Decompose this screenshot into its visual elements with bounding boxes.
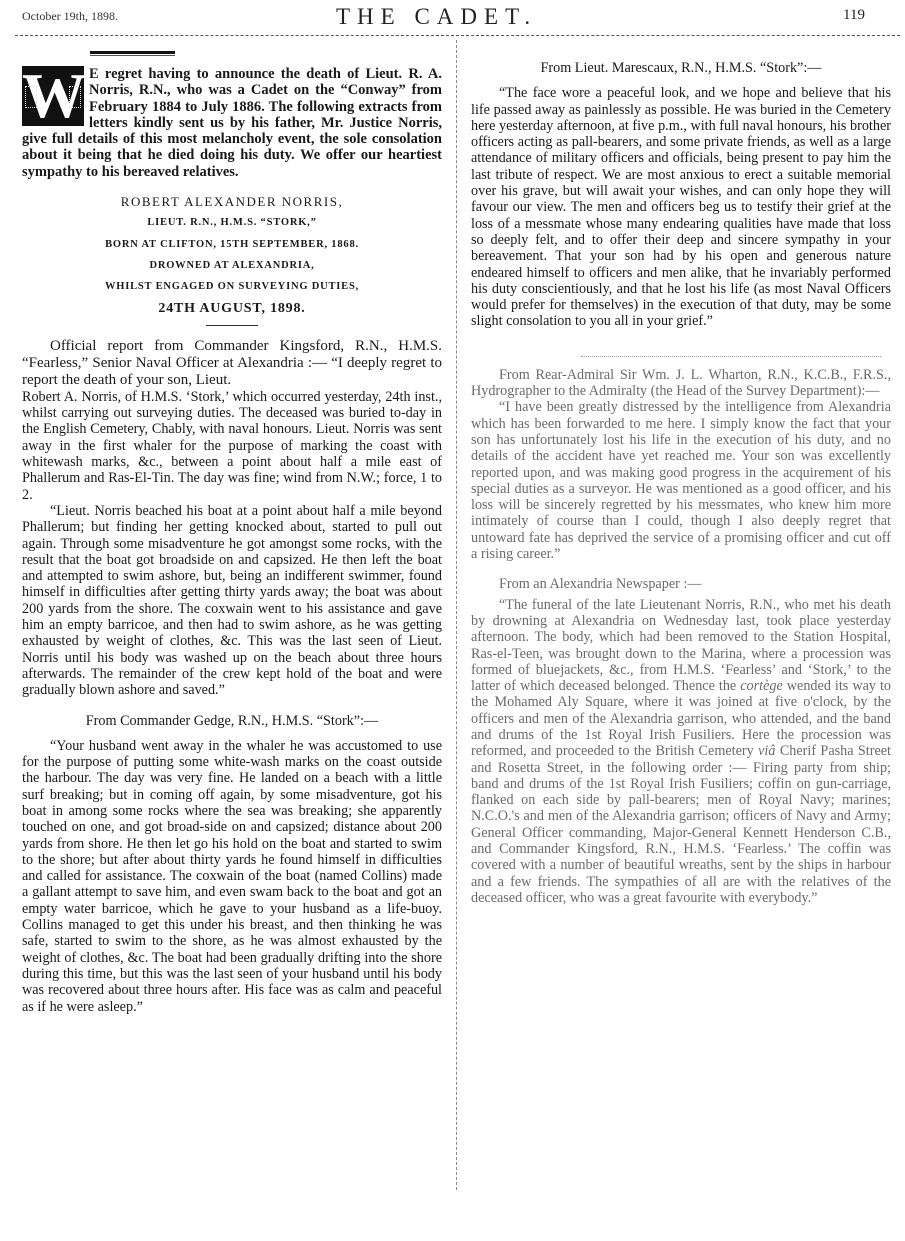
memorial-rank: LIEUT. R.N., H.M.S. “STORK,”	[22, 215, 442, 231]
page-number: 119	[843, 7, 865, 24]
page-header: October 19th, 1898. THE CADET. 119	[0, 0, 905, 36]
wharton-letter-heading: From Rear-Admiral Sir Wm. J. L. Wharton,…	[471, 367, 891, 400]
marescaux-letter-heading: From Lieut. Marescaux, R.N., H.M.S. “Sto…	[471, 60, 891, 76]
newspaper-text: “The funeral of the late Lieutenant Norr…	[471, 597, 891, 907]
newspaper-text-part-c: Cherif Pasha Street and Rosetta Street, …	[471, 743, 891, 906]
top-decorative-bar-thin	[90, 55, 175, 56]
obituary-intro: E regret having to announce the death of…	[22, 66, 442, 180]
memorial-block: ROBERT ALEXANDER NORRIS, LIEUT. R.N., H.…	[22, 194, 442, 317]
publication-title: THE CADET.	[336, 4, 537, 30]
official-report-intro: Official report from Commander Kingsford…	[22, 338, 442, 389]
newspaper-heading: From an Alexandria Newspaper :—	[471, 576, 891, 592]
top-decorative-bar	[90, 51, 175, 54]
memorial-duties: WHILST ENGAGED ON SURVEYING DUTIES,	[22, 279, 442, 295]
column-divider	[456, 40, 457, 1190]
gedge-letter-heading: From Commander Gedge, R.N., H.M.S. “Stor…	[22, 713, 442, 729]
newspaper-italic-cortege: cortège	[740, 678, 783, 694]
faded-divider	[581, 356, 881, 357]
gedge-letter-text: “Your husband went away in the whaler he…	[22, 738, 442, 1015]
official-report-paragraph-1: Robert A. Norris, of H.M.S. ‘Stork,’ whi…	[22, 389, 442, 503]
official-report-paragraph-2: “Lieut. Norris beached his boat at a poi…	[22, 503, 442, 699]
right-column: From Lieut. Marescaux, R.N., H.M.S. “Sto…	[471, 60, 891, 906]
memorial-drowned: DROWNED AT ALEXANDRIA,	[22, 258, 442, 274]
marescaux-letter-text: “The face wore a peaceful look, and we h…	[471, 85, 891, 329]
issue-date: October 19th, 1898.	[22, 9, 118, 24]
memorial-name: ROBERT ALEXANDER NORRIS,	[22, 194, 442, 210]
newspaper-italic-via: viâ	[758, 743, 775, 759]
memorial-date: 24TH AUGUST, 1898.	[22, 301, 442, 317]
memorial-born: BORN AT CLIFTON, 15TH SEPTEMBER, 1868.	[22, 237, 442, 253]
ornamental-letter-w-icon: W	[22, 66, 84, 126]
left-column: W E regret having to announce the death …	[22, 66, 442, 1015]
wharton-letter-text: “I have been greatly distressed by the i…	[471, 399, 891, 562]
section-rule	[206, 325, 258, 326]
drop-cap: W	[22, 66, 84, 126]
header-rule	[15, 35, 900, 36]
